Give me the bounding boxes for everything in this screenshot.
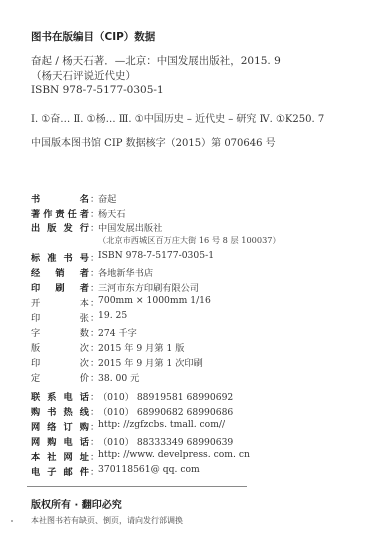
publisher-address: （北京市西城区百万庄大街 16 号 8 层 100037）	[98, 235, 281, 246]
contact-value: （010） 88333349 68990639	[98, 434, 233, 448]
cip-line-series: （杨天石评说近代史）	[31, 68, 136, 83]
contact-row-email: 电子邮件：370118561@ qq. com	[31, 464, 200, 478]
detail-row-edition: 版次：2015 年 9 月第 1 版	[31, 340, 184, 354]
detail-label: 字数	[31, 325, 90, 339]
detail-value: 奋起	[98, 191, 116, 205]
colon: ：	[90, 404, 98, 418]
colon: ：	[90, 191, 98, 205]
cip-line-classification: Ⅰ. ①奋… Ⅱ. ①杨… Ⅲ. ①中国历史 – 近代史 – 研究 Ⅳ. ①K2…	[31, 110, 324, 125]
colon: ：	[90, 419, 98, 433]
defect-exchange-notice: 本社图书若有缺页、倒页，请向发行部调换	[31, 515, 183, 526]
copyright-notice: 版权所有 · 翻印必究	[31, 496, 122, 511]
colon: ：	[90, 464, 98, 478]
colon: ：	[90, 280, 98, 294]
contact-label: 购书热线	[31, 404, 90, 418]
colon: ：	[90, 389, 98, 403]
colon: ：	[90, 206, 98, 220]
colon: ：	[90, 220, 98, 234]
contact-label: 网购电话	[31, 434, 90, 448]
detail-label: 印刷者	[31, 280, 90, 294]
cip-line-record-number: 中国版本图书馆 CIP 数据核字（2015）第 070646 号	[31, 134, 276, 149]
detail-value: 19. 25	[98, 310, 127, 324]
detail-label: 定价	[31, 370, 90, 384]
detail-label: 经销者	[31, 265, 90, 279]
contact-value: （010） 88919581 68990692	[98, 389, 233, 403]
detail-value: 2015 年 9 月第 1 版	[98, 340, 184, 354]
detail-label: 著作责任者	[31, 206, 90, 220]
colon: ：	[90, 340, 98, 354]
contact-value: http: //zgfzcbs. tmall. com//	[98, 419, 225, 433]
contact-label: 电子邮件	[31, 464, 90, 478]
contact-row-website: 本社网址：http: //www. develpress. com. cn	[31, 449, 250, 463]
detail-row-distributor: 经销者：各地新华书店	[31, 265, 153, 279]
detail-value: 2015 年 9 月第 1 次印刷	[98, 355, 203, 369]
colon: ：	[90, 434, 98, 448]
detail-row-word-count: 字数：274 千字	[31, 325, 137, 339]
detail-label: 书名	[31, 191, 90, 205]
colon: ：	[90, 250, 98, 264]
contact-label: 网络订购	[31, 419, 90, 433]
detail-label: 出版发行	[31, 220, 90, 234]
detail-row-isbn: 标准书号：ISBN 978-7-5177-0305-1	[31, 250, 214, 264]
divider	[27, 486, 247, 487]
contact-value: http: //www. develpress. com. cn	[98, 449, 250, 463]
detail-label: 印张	[31, 310, 90, 324]
detail-label: 印次	[31, 355, 90, 369]
detail-value: 各地新华书店	[98, 265, 153, 279]
detail-label: 版次	[31, 340, 90, 354]
detail-row-sheets: 印张：19. 25	[31, 310, 127, 324]
detail-label: 标准书号	[31, 250, 90, 264]
contact-value: （010） 68990682 68990686	[98, 404, 233, 418]
detail-value: 三河市东方印刷有限公司	[98, 280, 199, 294]
detail-value: 274 千字	[98, 325, 137, 339]
cip-line-title-author: 奋起 / 杨天石著．—北京：中国发展出版社，2015. 9	[31, 53, 281, 68]
colon: ：	[90, 370, 98, 384]
colon: ：	[90, 310, 98, 324]
detail-row-author: 著作责任者：杨天石	[31, 206, 126, 220]
colon: ：	[90, 265, 98, 279]
contact-row-online-phone: 网购电话：（010） 88333349 68990639	[31, 434, 233, 448]
detail-value: ISBN 978-7-5177-0305-1	[98, 250, 214, 264]
detail-row-printer: 印刷者：三河市东方印刷有限公司	[31, 280, 199, 294]
detail-row-format: 开本：700mm × 1000mm 1/16	[31, 295, 211, 309]
contact-row-online-order: 网络订购：http: //zgfzcbs. tmall. com//	[31, 419, 225, 433]
contact-value: 370118561@ qq. com	[98, 464, 200, 478]
detail-row-title: 书名：奋起	[31, 191, 116, 205]
detail-row-publisher: 出版发行：中国发展出版社	[31, 220, 162, 234]
detail-label: 开本	[31, 295, 90, 309]
contact-row-phone: 联系电话：（010） 88919581 68990692	[31, 389, 233, 403]
detail-row-price: 定价：38. 00 元	[31, 370, 139, 384]
contact-label: 联系电话	[31, 389, 90, 403]
colon: ：	[90, 355, 98, 369]
contact-row-hotline: 购书热线：（010） 68990682 68990686	[31, 404, 233, 418]
cip-title: 图书在版编目（CIP）数据	[31, 29, 155, 44]
detail-row-printing: 印次：2015 年 9 月第 1 次印刷	[31, 355, 203, 369]
detail-value: 700mm × 1000mm 1/16	[98, 295, 211, 309]
detail-value: 中国发展出版社	[98, 220, 162, 234]
colon: ：	[90, 449, 98, 463]
colon: ：	[90, 295, 98, 309]
colon: ：	[90, 325, 98, 339]
cip-line-isbn: ISBN 978-7-5177-0305-1	[31, 84, 164, 96]
contact-label: 本社网址	[31, 449, 90, 463]
speck	[11, 520, 13, 522]
detail-value: 38. 00 元	[98, 370, 139, 384]
detail-value: 杨天石	[98, 206, 126, 220]
